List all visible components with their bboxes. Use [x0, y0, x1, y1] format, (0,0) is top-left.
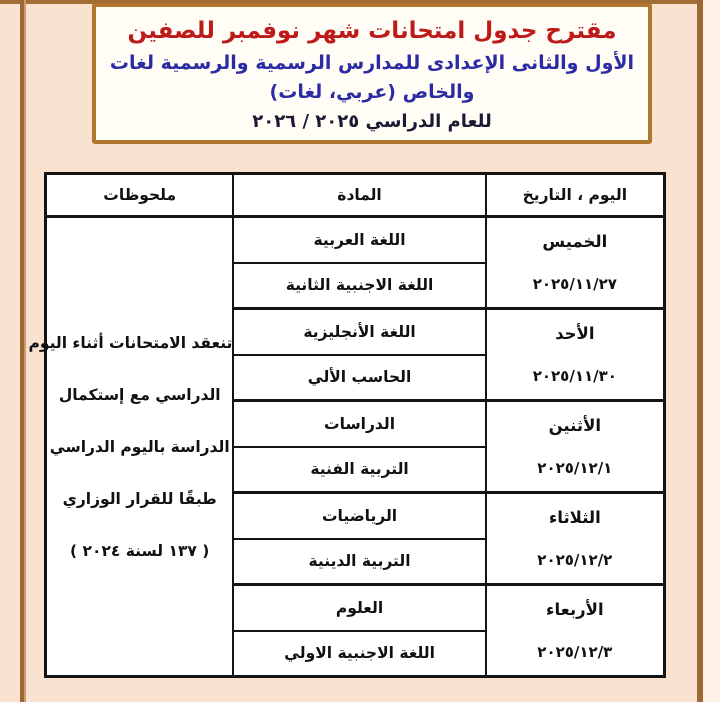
subject-cell: التربية الدينية	[233, 539, 485, 585]
right-frame-line	[697, 0, 703, 702]
notes-cell: تنعقد الامتحانات أثناء اليوم الدراسي مع …	[46, 217, 234, 677]
table-header-row: اليوم ، التاريخ المادة ملحوظات	[46, 174, 665, 217]
column-header-day-date: اليوم ، التاريخ	[486, 174, 665, 217]
header-box: مقترح جدول امتحانات شهر نوفمبر للصفين ال…	[92, 3, 652, 144]
title-line-grades: الأول والثانى الإعدادى للمدارس الرسمية و…	[96, 48, 648, 78]
table-row: الخميس ٢٠٢٥/١١/٢٧ اللغة العربية تنعقد ال…	[46, 217, 665, 263]
page-right-margin	[703, 0, 720, 702]
subject-cell: الحاسب الألي	[233, 355, 485, 401]
day-name: الأثنين	[487, 416, 663, 435]
day-cell-monday: الأثنين ٢٠٢٥/١٢/١	[486, 401, 665, 493]
note-line: الدراسي مع إستكمال	[47, 369, 232, 421]
subject-cell: الدراسات	[233, 401, 485, 447]
left-frame-line	[20, 0, 26, 702]
subject-cell: اللغة العربية	[233, 217, 485, 263]
note-line: طبقًا للقرار الوزاري	[47, 473, 232, 525]
subject-cell: التربية الفنية	[233, 447, 485, 493]
day-name: الأحد	[487, 324, 663, 343]
day-name: الثلاثاء	[487, 508, 663, 527]
subject-cell: الرياضيات	[233, 493, 485, 539]
subject-cell: العلوم	[233, 585, 485, 631]
note-line: الدراسة باليوم الدراسي	[47, 421, 232, 473]
subject-cell: اللغة الاجنبية الثانية	[233, 263, 485, 309]
day-name: الخميس	[487, 232, 663, 251]
column-header-notes: ملحوظات	[46, 174, 234, 217]
subject-cell: اللغة الأنجليزية	[233, 309, 485, 355]
day-cell-sunday: الأحد ٢٠٢٥/١١/٣٠	[486, 309, 665, 401]
day-date: ٢٠٢٥/١٢/٣	[487, 643, 663, 661]
title-line-year: للعام الدراسي ٢٠٢٥ / ٢٠٢٦	[96, 107, 648, 137]
day-date: ٢٠٢٥/١٢/١	[487, 459, 663, 477]
column-header-subject: المادة	[233, 174, 485, 217]
day-name: الأربعاء	[487, 600, 663, 619]
day-cell-thursday: الخميس ٢٠٢٥/١١/٢٧	[486, 217, 665, 309]
subject-cell: اللغة الاجنبية الاولي	[233, 631, 485, 677]
day-date: ٢٠٢٥/١٢/٢	[487, 551, 663, 569]
day-date: ٢٠٢٥/١١/٢٧	[487, 275, 663, 293]
exam-schedule-table: اليوم ، التاريخ المادة ملحوظات الخميس ٢٠…	[44, 172, 666, 678]
day-cell-tuesday: الثلاثاء ٢٠٢٥/١٢/٢	[486, 493, 665, 585]
title-line-schools: والخاص (عربي، لغات)	[96, 78, 648, 107]
title-line-month: مقترح جدول امتحانات شهر نوفمبر للصفين	[96, 14, 648, 48]
note-line: ( ١٣٧ لسنة ٢٠٢٤ )	[47, 525, 232, 577]
day-date: ٢٠٢٥/١١/٣٠	[487, 367, 663, 385]
day-cell-wednesday: الأربعاء ٢٠٢٥/١٢/٣	[486, 585, 665, 677]
note-line: تنعقد الامتحانات أثناء اليوم	[47, 317, 232, 369]
